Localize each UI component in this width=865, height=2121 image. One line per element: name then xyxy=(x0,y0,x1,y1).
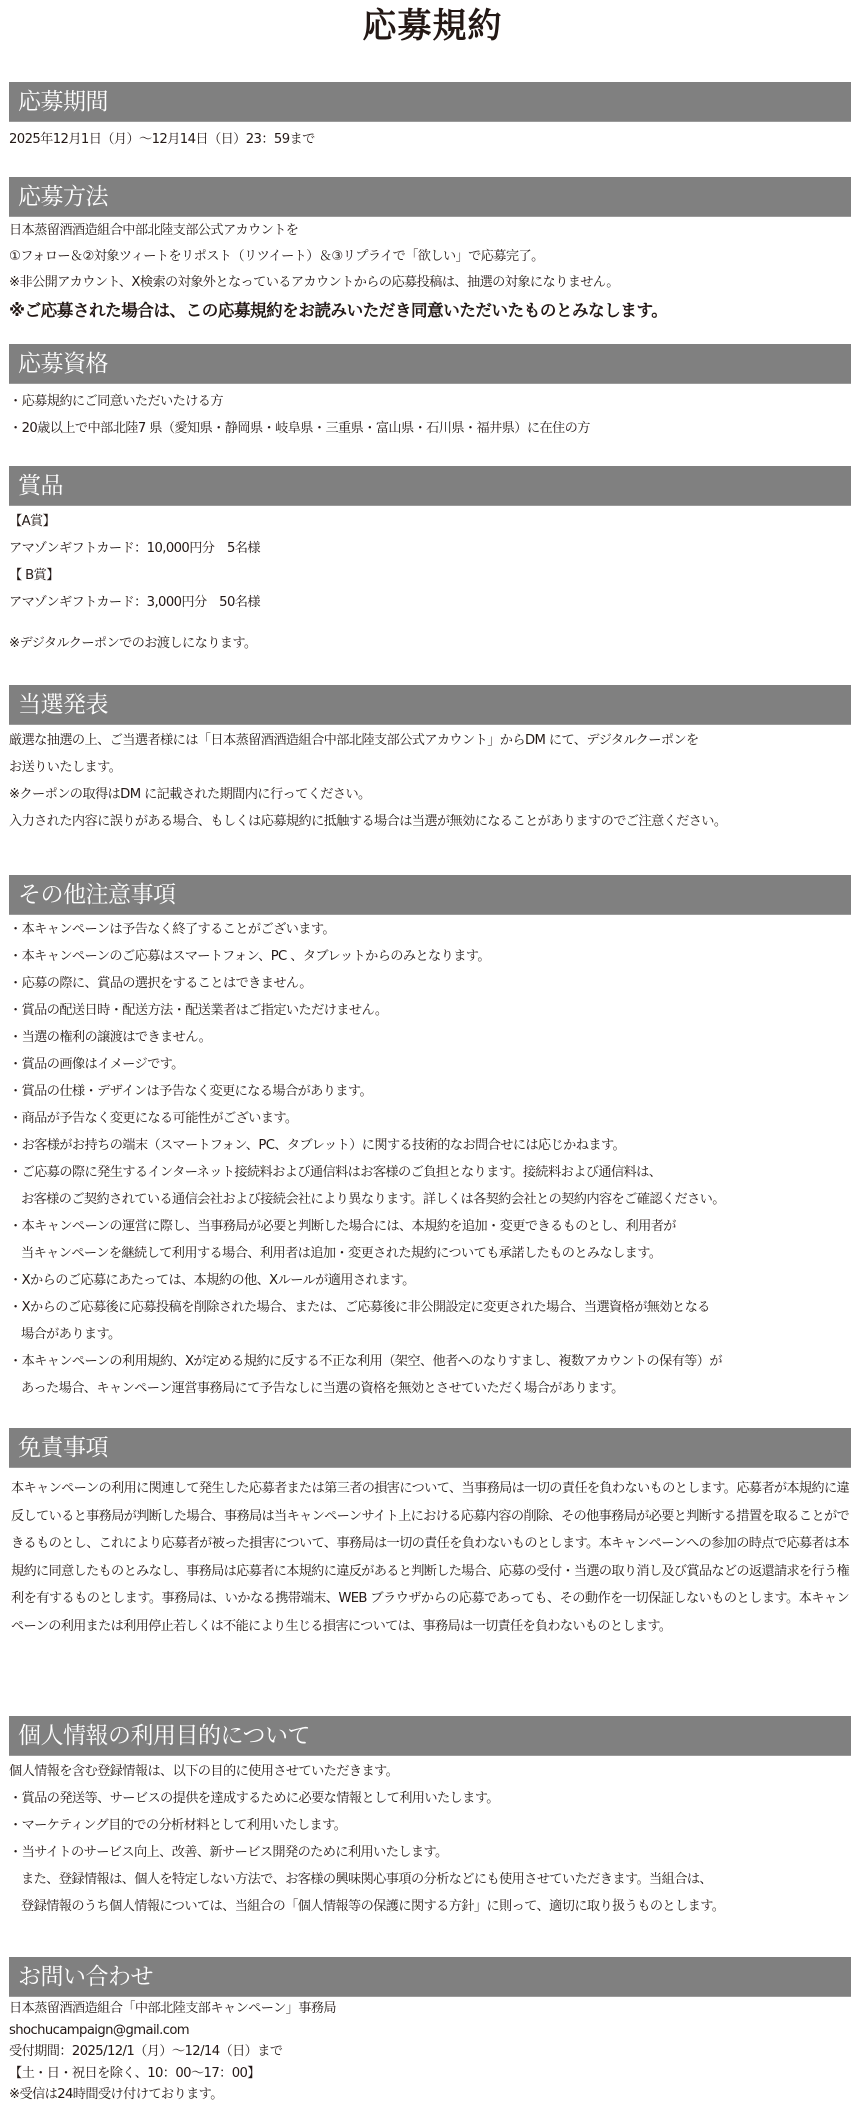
note-item: ・本キャンペーンの利用規約、Xが定める規約に反する不正な利用（架空、他者へのなり… xyxy=(9,1348,851,1375)
contact-email[interactable]: shochucampaign@gmail.com xyxy=(9,2020,851,2042)
note-item: ・商品が予告なく変更になる可能性がございます。 xyxy=(9,1105,851,1132)
section-contact: お問い合わせ 日本蒸留酒酒造組合「中部北陸支部キャンペーン」事務局 shochu… xyxy=(9,1957,851,2106)
eligibility-item: ・応募規約にご同意いただいたける方 xyxy=(9,388,851,415)
note-item: ・お客様がお持ちの端末（スマートフォン、PC、タブレット）に関する技術的なお問合… xyxy=(9,1132,851,1159)
section-eligibility: 応募資格 ・応募規約にご同意いただいたける方 ・20歳以上で中部北陸7 県（愛知… xyxy=(9,344,851,442)
method-line: ※非公開アカウント、X検索の対象外となっているアカウントからの応募投稿は、抽選の… xyxy=(9,270,851,296)
disclaimer-text: 本キャンペーンの利用に関連して発生した応募者または第三者の損害について、当事務局… xyxy=(9,1475,851,1640)
section-disclaimer: 免責事項 本キャンペーンの利用に関連して発生した応募者または第三者の損害について… xyxy=(9,1428,851,1640)
privacy-item: ・マーケティング目的での分析材料として利用いたします。 xyxy=(9,1812,851,1839)
section-heading: その他注意事項 xyxy=(9,875,851,915)
prize-a-detail: アマゾンギフトカード：10,000円分 5名様 xyxy=(9,535,851,562)
agreement-notice: ※ご応募された場合は、この応募規約をお読みいただき同意いただいたものとみなします… xyxy=(9,296,851,326)
note-item: ・賞品の配送日時・配送方法・配送業者はご指定いただけません。 xyxy=(9,997,851,1024)
note-item: ・ご応募の際に発生するインターネット接続料および通信料はお客様のご負担となります… xyxy=(9,1159,851,1186)
announcement-line: 厳選な抽選の上、ご当選者様には「日本蒸留酒酒造組合中部北陸支部公式アカウント」か… xyxy=(9,727,851,754)
announcement-line: お送りいたします。 xyxy=(9,754,851,781)
section-privacy: 個人情報の利用目的について 個人情報を含む登録情報は、以下の目的に使用させていた… xyxy=(9,1716,851,1920)
contact-office: 日本蒸留酒酒造組合「中部北陸支部キャンペーン」事務局 xyxy=(9,1998,851,2020)
section-heading: 当選発表 xyxy=(9,685,851,725)
section-heading: 免責事項 xyxy=(9,1428,851,1468)
section-winner-announcement: 当選発表 厳選な抽選の上、ご当選者様には「日本蒸留酒酒造組合中部北陸支部公式アカ… xyxy=(9,685,851,835)
note-item: ・本キャンペーンの運営に際し、当事務局が必要と判断した場合には、本規約を追加・変… xyxy=(9,1213,851,1240)
note-item: ・Xからのご応募にあたっては、本規約の他、Xルールが適用されます。 xyxy=(9,1267,851,1294)
section-heading: 応募方法 xyxy=(9,177,851,217)
contact-hours-note: 【土・日・祝日を除く、10：00～17：00】 xyxy=(9,2063,851,2085)
prize-note: ※デジタルクーポンでのお渡しになります。 xyxy=(9,630,851,657)
note-item: ・本キャンペーンは予告なく終了することがございます。 xyxy=(9,916,851,943)
privacy-line: 個人情報を含む登録情報は、以下の目的に使用させていただきます。 xyxy=(9,1758,851,1785)
method-line: ①フォロー＆②対象ツィートをリポスト（リツイート）＆③リプライで「欲しい」で応募… xyxy=(9,244,851,270)
section-entry-method: 応募方法 日本蒸留酒酒造組合中部北陸支部公式アカウントを ①フォロー＆②対象ツィ… xyxy=(9,177,851,326)
note-item: ・Xからのご応募後に応募投稿を削除された場合、または、ご応募後に非公開設定に変更… xyxy=(9,1294,851,1321)
section-entry-period: 応募期間 2025年12月1日（月）～12月14日（日）23：59まで xyxy=(9,82,851,153)
entry-period-text: 2025年12月1日（月）～12月14日（日）23：59まで xyxy=(9,126,851,153)
note-item: ・応募の際に、賞品の選択をすることはできません。 xyxy=(9,970,851,997)
note-item-continued: お客様のご契約されている通信会社および接続会社により異なります。詳しくは各契約会… xyxy=(9,1186,851,1213)
page-title: 応募規約 xyxy=(0,4,865,48)
section-heading: 賞品 xyxy=(9,466,851,506)
note-item: ・当選の権利の譲渡はできません。 xyxy=(9,1024,851,1051)
privacy-continued: 登録情報のうち個人情報については、当組合の「個人情報等の保護に関する方針」に則っ… xyxy=(9,1893,851,1920)
eligibility-item: ・20歳以上で中部北陸7 県（愛知県・静岡県・岐阜県・三重県・富山県・石川県・福… xyxy=(9,415,851,442)
section-heading: 個人情報の利用目的について xyxy=(9,1716,851,1756)
section-other-notes: その他注意事項 ・本キャンペーンは予告なく終了することがございます。 ・本キャン… xyxy=(9,875,851,1402)
section-heading: 応募資格 xyxy=(9,344,851,384)
announcement-line: ※クーポンの取得はDM に記載された期間内に行ってください。 xyxy=(9,781,851,808)
privacy-item: ・賞品の発送等、サービスの提供を達成するために必要な情報として利用いたします。 xyxy=(9,1785,851,1812)
section-heading: 応募期間 xyxy=(9,82,851,122)
contact-receipt-note: ※受信は24時間受け付けております。 xyxy=(9,2084,851,2106)
note-item: ・賞品の仕様・デザインは予告なく変更になる場合があります。 xyxy=(9,1078,851,1105)
note-item: ・本キャンペーンのご応募はスマートフォン、PC 、タブレットからのみとなります。 xyxy=(9,943,851,970)
section-prizes: 賞品 【A賞】 アマゾンギフトカード：10,000円分 5名様 【 B賞】 アマ… xyxy=(9,466,851,657)
contact-hours: 受付期間：2025/12/1（月）～12/14（日）まで xyxy=(9,2041,851,2063)
method-line: 日本蒸留酒酒造組合中部北陸支部公式アカウントを xyxy=(9,218,851,244)
prize-b-label: 【 B賞】 xyxy=(9,562,851,589)
announcement-line: 入力された内容に誤りがある場合、もしくは応募規約に抵触する場合は当選が無効になる… xyxy=(9,808,851,835)
privacy-item: ・当サイトのサービス向上、改善、新サービス開発のために利用いたします。 xyxy=(9,1839,851,1866)
note-item: ・賞品の画像はイメージです。 xyxy=(9,1051,851,1078)
prize-a-label: 【A賞】 xyxy=(9,508,851,535)
prize-b-detail: アマゾンギフトカード：3,000円分 50名様 xyxy=(9,589,851,616)
section-heading: お問い合わせ xyxy=(9,1957,851,1997)
privacy-continued: また、登録情報は、個人を特定しない方法で、お客様の興味関心事項の分析などにも使用… xyxy=(9,1866,851,1893)
note-item-continued: あった場合、キャンペーン運営事務局にて予告なしに当選の資格を無効とさせていただく… xyxy=(9,1375,851,1402)
note-item-continued: 当キャンペーンを継続して利用する場合、利用者は追加・変更された規約についても承諾… xyxy=(9,1240,851,1267)
note-item-continued: 場合があります。 xyxy=(9,1321,851,1348)
